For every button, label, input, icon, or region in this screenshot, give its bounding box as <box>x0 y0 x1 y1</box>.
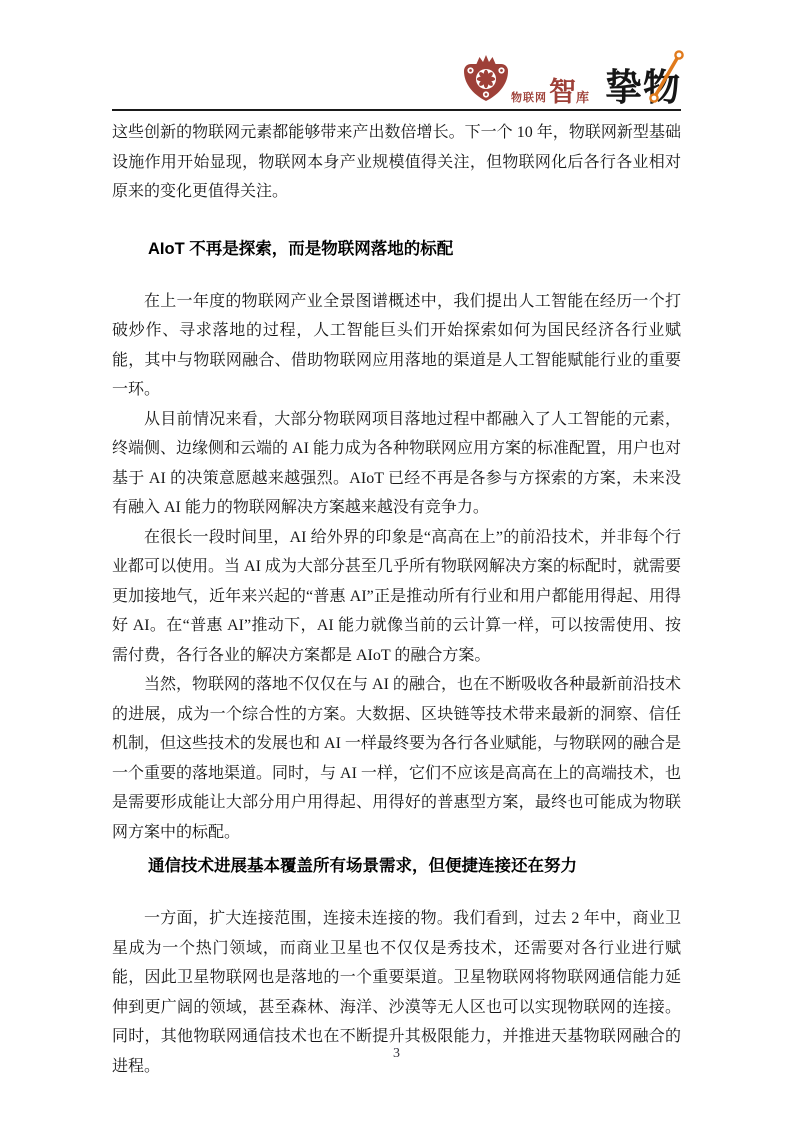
page-footer: 3 <box>0 1044 793 1062</box>
page-number: 3 <box>393 1046 400 1061</box>
body-paragraph: 在很长一段时间里，AI 给外界的印象是“高高在上”的前沿技术，并非每个行业都可以… <box>112 523 681 671</box>
section-heading-aiot: AIoT 不再是探索，而是物联网落地的标配 <box>148 237 681 261</box>
section-heading-connectivity: 通信技术进展基本覆盖所有场景需求，但便捷连接还在努力 <box>148 854 681 878</box>
body-paragraph: 从目前情况来看，大部分物联网项目落地过程中都融入了人工智能的元素，终端侧、边缘侧… <box>112 405 681 523</box>
body-paragraph: 当然，物联网的落地不仅仅在与 AI 的融合，也在不断吸收各种最新前沿技术的进展，… <box>112 670 681 847</box>
logo-text-wulianwang: 物联网 <box>511 93 547 106</box>
page-header: 物联网 智 库 挚物 <box>112 0 681 111</box>
link-stroke-icon <box>645 47 687 105</box>
document-body: 这些创新的物联网元素都能够带来产出数倍增长。下一个 10 年，物联网新型基础设施… <box>112 111 681 1081</box>
body-paragraph: 这些创新的物联网元素都能够带来产出数倍增长。下一个 10 年，物联网新型基础设施… <box>112 111 681 207</box>
logo-text-zhi: 智 <box>549 79 576 106</box>
body-paragraph: 在上一年度的物联网产业全景图谱概述中，我们提出人工智能在经历一个打破炒作、寻求落… <box>112 287 681 405</box>
zhiwu-logo: 挚物 <box>605 50 681 106</box>
iot-thinktank-logo-text: 物联网 智 库 <box>511 79 589 106</box>
logo-text-ku: 库 <box>576 91 589 106</box>
document-page: 物联网 智 库 挚物 这些创新的物联网元素都能够带来产出数倍增长。下一个 10 … <box>0 0 793 1122</box>
iot-thinktank-logo: 物联网 智 库 <box>463 54 589 106</box>
iot-thinktank-emblem-icon <box>463 54 509 106</box>
